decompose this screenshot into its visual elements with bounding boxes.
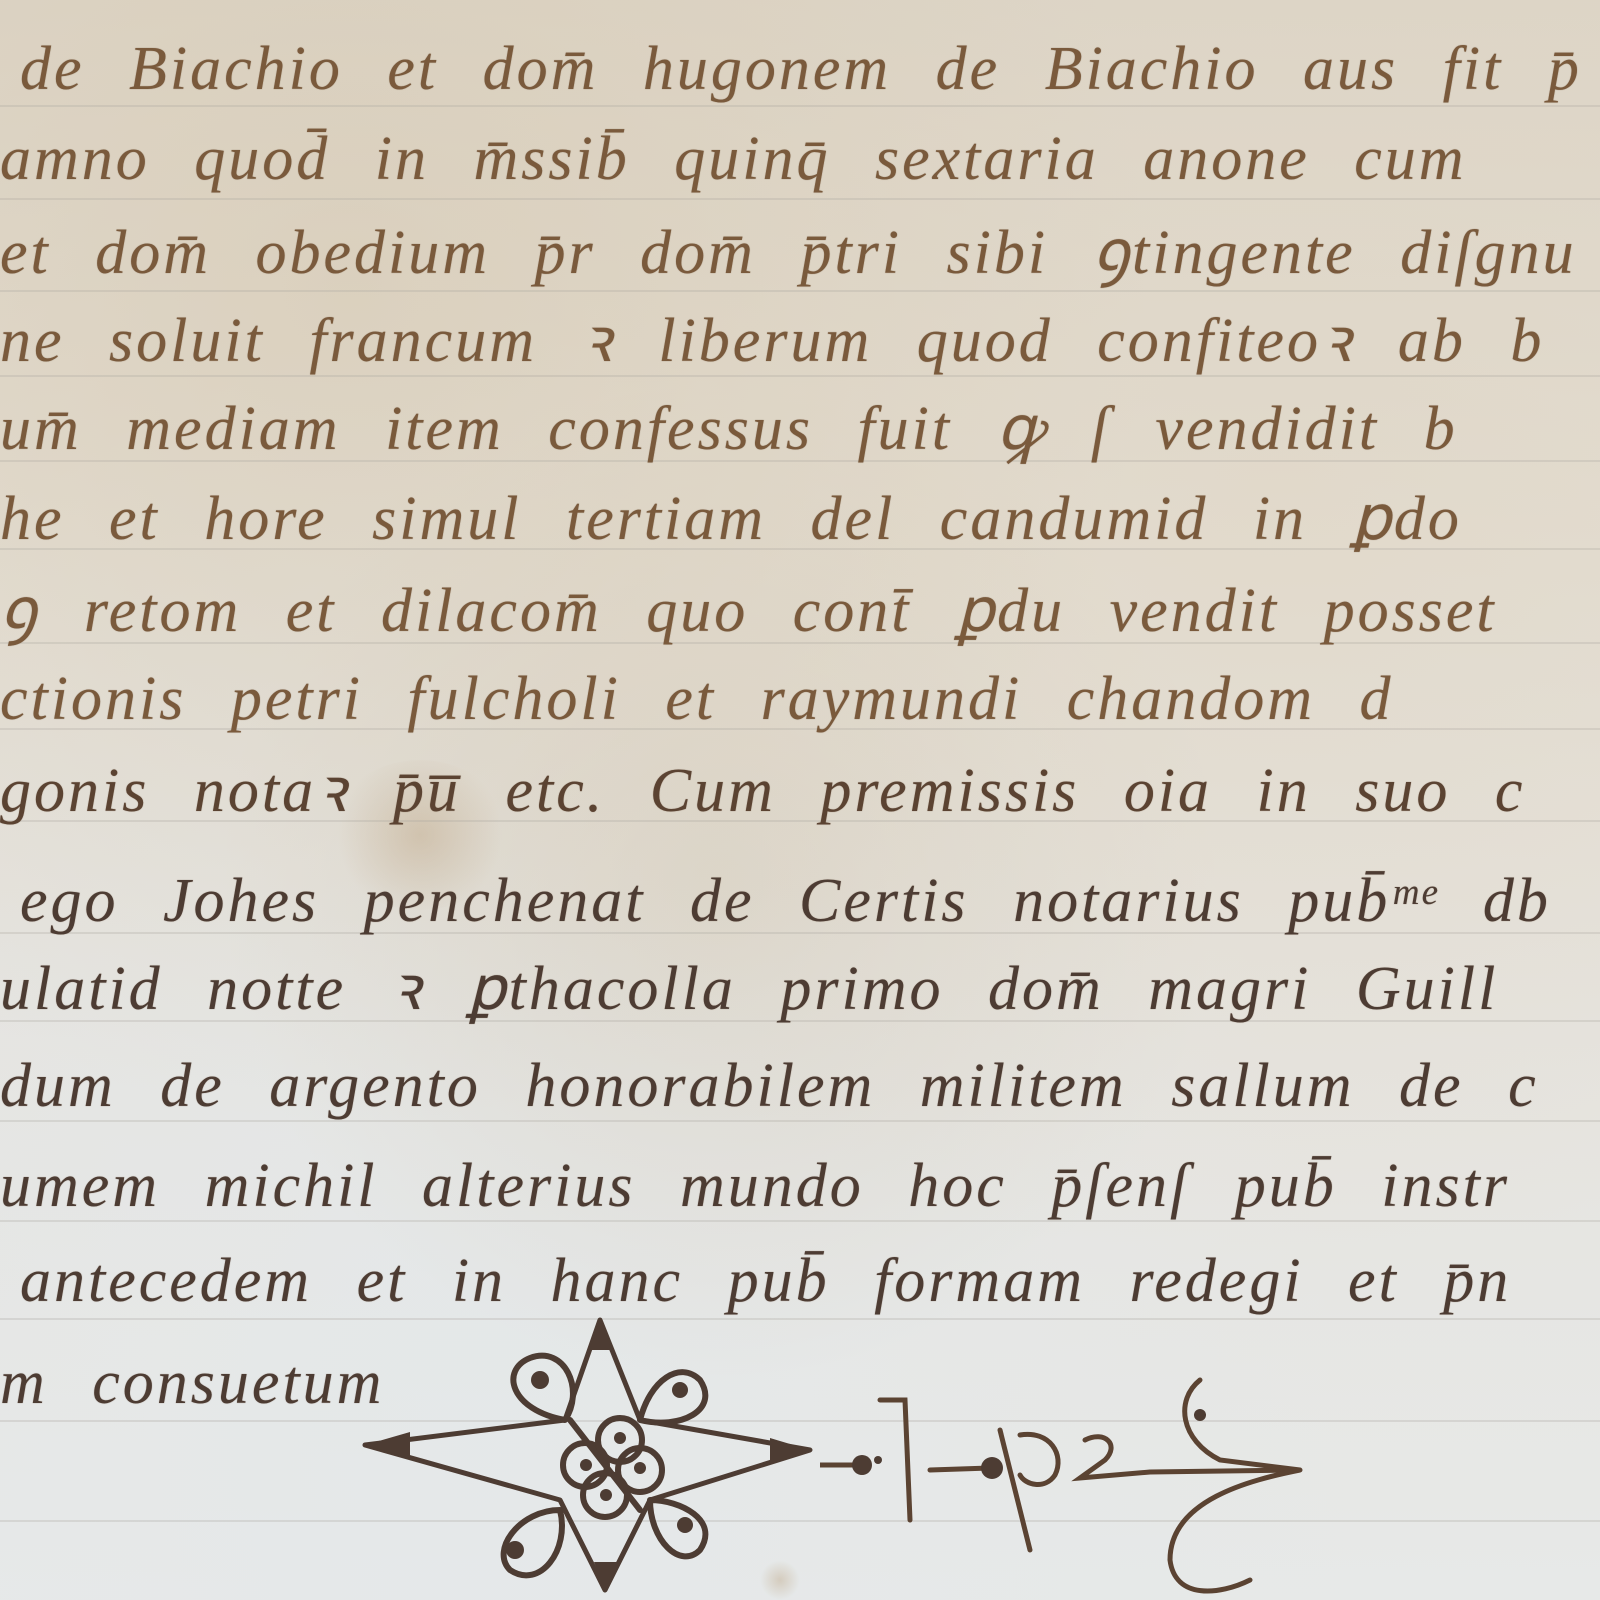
ruling-line xyxy=(0,1220,1600,1222)
manuscript-line-7: ꝯ retom et dilacom̄ quo cont̄ ꝑdu vendit… xyxy=(0,580,1497,642)
manuscript-line-4: ne soluit francum ꝛ liberum quod confite… xyxy=(0,310,1544,372)
ruling-line xyxy=(0,1120,1600,1122)
manuscript-line-15: m consuetum xyxy=(0,1352,384,1414)
manuscript-page: de Biachio et dom̄ hugonem de Biachio au… xyxy=(0,0,1600,1600)
ruling-line xyxy=(0,198,1600,200)
ruling-line xyxy=(0,290,1600,292)
notary-signature-strokes xyxy=(820,1360,1440,1600)
manuscript-line-5: um̄ mediam item confessus fuit ꝙ ſ vendi… xyxy=(0,398,1458,460)
manuscript-line-10: ego Johes penchenat de Certis notarius p… xyxy=(20,870,1551,932)
manuscript-line-2: amno quod̄ in m̄ssib̄ quinq̄ sextaria an… xyxy=(0,128,1467,190)
manuscript-line-8: ctionis petri fulcholi et raymundi chand… xyxy=(0,668,1394,730)
manuscript-line-12: dum de argento honorabilem militem sallu… xyxy=(0,1055,1539,1117)
manuscript-line-9: gonis notaꝛ p̄u̅ etc. Cum premissis oia … xyxy=(0,760,1525,822)
manuscript-line-6: he et hore simul tertiam del candumid in… xyxy=(0,488,1462,550)
manuscript-line-13: umem michil alterius mundo hoc p̄ſenſ pu… xyxy=(0,1155,1510,1217)
ruling-line xyxy=(0,105,1600,107)
ruling-line xyxy=(0,375,1600,377)
manuscript-line-1: de Biachio et dom̄ hugonem de Biachio au… xyxy=(20,38,1582,100)
manuscript-line-3: et dom̄ obedium p̄r dom̄ p̄tri sibi ꝯtin… xyxy=(0,222,1577,284)
notarial-sign-icon xyxy=(350,1300,870,1600)
manuscript-line-11: ulatid notte ꝛ ꝑthacolla primo dom̄ magr… xyxy=(0,958,1498,1020)
